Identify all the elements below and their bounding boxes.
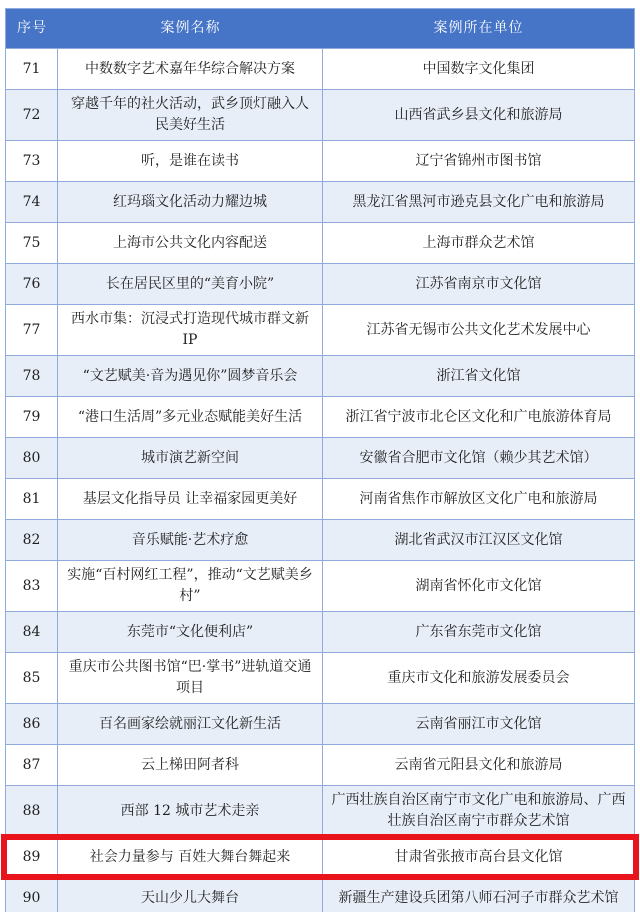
table-row: 74 红玛瑙文化活动力耀边城 黑龙江省黑河市逊克县文化广电和旅游局 [6, 181, 634, 222]
table-row: 84 东莞市“文化便利店” 广东省东莞市文化馆 [6, 611, 634, 652]
case-name-cell: 城市演艺新空间 [58, 438, 323, 478]
case-name-cell: 长在居民区里的“美育小院” [58, 264, 323, 304]
table-row: 79 “港口生活周”多元业态赋能美好生活 浙江省宁波市北仑区文化和广电旅游体育局 [6, 396, 634, 437]
table-row: 78 “文艺赋美·音为遇见你”圆梦音乐会 浙江省文化馆 [6, 355, 634, 396]
case-name-cell: 红玛瑙文化活动力耀边城 [58, 182, 323, 222]
case-org-cell: 安徽省合肥市文化馆（赖少其艺术馆） [323, 438, 634, 478]
case-name-cell: 天山少儿大舞台 [58, 878, 323, 912]
table-header-row: 序号 案例名称 案例所在单位 [6, 9, 634, 48]
table-row: 80 城市演艺新空间 安徽省合肥市文化馆（赖少其艺术馆） [6, 437, 634, 478]
case-org-cell: 广东省东莞市文化馆 [323, 612, 634, 652]
table-row: 71 中数数字艺术嘉年华综合解决方案 中国数字文化集团 [6, 48, 634, 89]
case-name-cell: 百名画家绘就丽江文化新生活 [58, 704, 323, 744]
row-number-cell: 83 [6, 561, 58, 611]
row-number-cell: 72 [6, 90, 58, 140]
case-org-cell: 浙江省宁波市北仑区文化和广电旅游体育局 [323, 397, 634, 437]
table-row: 82 音乐赋能·艺术疗愈 湖北省武汉市江汉区文化馆 [6, 519, 634, 560]
case-name-cell: 社会力量参与 百姓大舞台舞起来 [58, 837, 323, 877]
case-org-cell: 中国数字文化集团 [323, 49, 634, 89]
case-name-cell: “文艺赋美·音为遇见你”圆梦音乐会 [58, 356, 323, 396]
row-number-cell: 87 [6, 745, 58, 785]
case-org-cell: 辽宁省锦州市图书馆 [323, 141, 634, 181]
case-name-cell: “港口生活周”多元业态赋能美好生活 [58, 397, 323, 437]
row-number-cell: 84 [6, 612, 58, 652]
row-number-cell: 76 [6, 264, 58, 304]
table-row: 75 上海市公共文化内容配送 上海市群众艺术馆 [6, 222, 634, 263]
case-org-cell: 新疆生产建设兵团第八师石河子市群众艺术馆 [323, 878, 634, 912]
case-name-cell: 穿越千年的社火活动，武乡顶灯融入人民美好生活 [58, 90, 323, 140]
case-name-cell: 重庆市公共图书馆“巴·掌书”进轨道交通项目 [58, 653, 323, 703]
table-row: 81 基层文化指导员 让幸福家园更美好 河南省焦作市解放区文化广电和旅游局 [6, 478, 634, 519]
case-org-cell: 湖南省怀化市文化馆 [323, 561, 634, 611]
table-row: 76 长在居民区里的“美育小院” 江苏省南京市文化馆 [6, 263, 634, 304]
row-number-cell: 75 [6, 223, 58, 263]
row-number-cell: 82 [6, 520, 58, 560]
table-row: 89 社会力量参与 百姓大舞台舞起来 甘肃省张掖市高台县文化馆 [6, 836, 634, 877]
row-number-cell: 81 [6, 479, 58, 519]
case-name-cell: 中数数字艺术嘉年华综合解决方案 [58, 49, 323, 89]
table-row: 88 西部 12 城市艺术走亲 广西壮族自治区南宁市文化广电和旅游局、广西壮族自… [6, 785, 634, 836]
table-row: 90 天山少儿大舞台 新疆生产建设兵团第八师石河子市群众艺术馆 [6, 877, 634, 912]
row-number-cell: 86 [6, 704, 58, 744]
table-row: 73 听，是谁在读书 辽宁省锦州市图书馆 [6, 140, 634, 181]
case-name-cell: 东莞市“文化便利店” [58, 612, 323, 652]
table-body: 71 中数数字艺术嘉年华综合解决方案 中国数字文化集团 72 穿越千年的社火活动… [6, 48, 634, 912]
row-number-cell: 90 [6, 878, 58, 912]
row-number-cell: 77 [6, 305, 58, 355]
row-number-cell: 80 [6, 438, 58, 478]
table-row: 77 西水市集：沉浸式打造现代城市群文新IP 江苏省无锡市公共文化艺术发展中心 [6, 304, 634, 355]
case-org-cell: 上海市群众艺术馆 [323, 223, 634, 263]
case-org-cell: 湖北省武汉市江汉区文化馆 [323, 520, 634, 560]
case-name-cell: 听，是谁在读书 [58, 141, 323, 181]
row-number-cell: 71 [6, 49, 58, 89]
case-org-cell: 重庆市文化和旅游发展委员会 [323, 653, 634, 703]
case-table: 序号 案例名称 案例所在单位 71 中数数字艺术嘉年华综合解决方案 中国数字文化… [5, 8, 635, 912]
row-number-cell: 88 [6, 786, 58, 836]
table-row: 85 重庆市公共图书馆“巴·掌书”进轨道交通项目 重庆市文化和旅游发展委员会 [6, 652, 634, 703]
case-name-cell: 基层文化指导员 让幸福家园更美好 [58, 479, 323, 519]
row-number-cell: 89 [6, 837, 58, 877]
case-name-cell: 上海市公共文化内容配送 [58, 223, 323, 263]
row-number-cell: 85 [6, 653, 58, 703]
table-row: 83 实施“百村网红工程”，推动“文艺赋美乡村” 湖南省怀化市文化馆 [6, 560, 634, 611]
row-number-cell: 74 [6, 182, 58, 222]
table-row: 86 百名画家绘就丽江文化新生活 云南省丽江市文化馆 [6, 703, 634, 744]
table-row: 72 穿越千年的社火活动，武乡顶灯融入人民美好生活 山西省武乡县文化和旅游局 [6, 89, 634, 140]
case-org-cell: 江苏省无锡市公共文化艺术发展中心 [323, 305, 634, 355]
case-name-cell: 实施“百村网红工程”，推动“文艺赋美乡村” [58, 561, 323, 611]
page: 序号 案例名称 案例所在单位 71 中数数字艺术嘉年华综合解决方案 中国数字文化… [0, 0, 640, 912]
row-number-cell: 78 [6, 356, 58, 396]
row-number-cell: 79 [6, 397, 58, 437]
row-number-cell: 73 [6, 141, 58, 181]
table-row: 87 云上梯田阿者科 云南省元阳县文化和旅游局 [6, 744, 634, 785]
header-cell-case-org: 案例所在单位 [323, 9, 634, 48]
case-org-cell: 甘肃省张掖市高台县文化馆 [323, 837, 634, 877]
case-name-cell: 西水市集：沉浸式打造现代城市群文新IP [58, 305, 323, 355]
case-name-cell: 西部 12 城市艺术走亲 [58, 786, 323, 836]
case-org-cell: 河南省焦作市解放区文化广电和旅游局 [323, 479, 634, 519]
case-name-cell: 云上梯田阿者科 [58, 745, 323, 785]
case-org-cell: 云南省丽江市文化馆 [323, 704, 634, 744]
case-org-cell: 黑龙江省黑河市逊克县文化广电和旅游局 [323, 182, 634, 222]
case-name-cell: 音乐赋能·艺术疗愈 [58, 520, 323, 560]
case-org-cell: 山西省武乡县文化和旅游局 [323, 90, 634, 140]
case-org-cell: 浙江省文化馆 [323, 356, 634, 396]
case-org-cell: 云南省元阳县文化和旅游局 [323, 745, 634, 785]
case-org-cell: 广西壮族自治区南宁市文化广电和旅游局、广西壮族自治区南宁市群众艺术馆 [323, 786, 634, 836]
header-cell-case-name: 案例名称 [58, 9, 323, 48]
header-cell-number: 序号 [6, 9, 58, 48]
case-org-cell: 江苏省南京市文化馆 [323, 264, 634, 304]
